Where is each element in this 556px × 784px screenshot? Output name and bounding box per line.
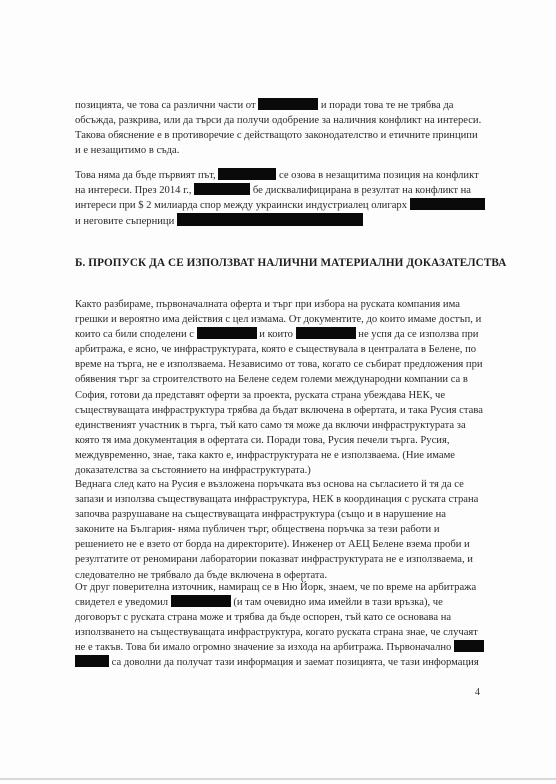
text-line: и неговите съперници [75,213,495,229]
text-line: съществуващата инфраструктура трябва да … [75,403,495,418]
text-line: която тя има документация в офертата си.… [75,433,495,448]
document-page: позицията, че това са различни части от … [0,0,556,784]
text-line: Както разбираме, първоначалната оферта и… [75,297,495,312]
text-line: Такова обяснение е в противоречие с дейс… [75,128,495,143]
text-line: които са били споделени с и които не усп… [75,327,495,342]
redaction-box [171,595,231,607]
text-line: запази и използва съществуващата инфраст… [75,492,495,507]
text-line: са доволни да получат тази информация и … [75,655,495,670]
redaction-box [177,213,363,226]
text-line: грешки и вероятно има действия с цел изм… [75,312,495,327]
text-line: решението не е взето от борда на директо… [75,537,495,552]
redaction-box [410,198,485,210]
paragraph-conflict-position: позицията, че това са различни части от … [75,98,495,158]
text-line: обсъжда, разкрива, или да търси да получ… [75,113,495,128]
page-number: 4 [475,687,480,698]
paragraph-previous-disqualification: Това няма да бъде първият път, се озова … [75,168,495,229]
text-line: започва разрушаване на съществуващата ин… [75,507,495,522]
text-line: доказателства за състоянието на инфрастр… [75,463,495,478]
text-line: време на търга, не е използваема. Незави… [75,357,495,372]
redaction-box [296,327,356,339]
text-line: София, готови да представят оферти за пр… [75,388,495,403]
paragraph-tender-analysis: Както разбираме, първоначалната оферта и… [75,297,495,478]
paragraph-confidential-source: От друг поверителна източник, намиращ се… [75,580,495,671]
text-line: От друг поверителна източник, намиращ се… [75,580,495,595]
text-line: интереси при $ 2 милиарда спор между укр… [75,198,495,213]
text-line: свидетел е уведомил (и там очевидно има … [75,595,495,610]
text-line: не е такъв. Това би имало огромно значен… [75,640,495,655]
text-line: позицията, че това са различни части от … [75,98,495,113]
text-line: законите на България- няма публичен търг… [75,522,495,537]
redaction-box [197,327,257,339]
text-line: арбитража, е ясно, че инфраструктурата, … [75,342,495,357]
text-line: Веднага след като на Русия е възложена п… [75,477,495,492]
text-line: Това няма да бъде първият път, се озова … [75,168,495,183]
text-line: договорът с руската страна може и трябва… [75,610,495,625]
redaction-box [75,655,109,667]
text-line: междувременно, знае, така както е, инфра… [75,448,495,463]
redaction-box [194,183,250,195]
text-line: използването на съществуващата инфрастру… [75,625,495,640]
paragraph-infrastructure-demolition: Веднага след като на Русия е възложена п… [75,477,495,583]
text-line: на интереси. През 2014 г., бе дисквалифи… [75,183,495,198]
text-line: обявения търг за строителството на Белен… [75,372,495,387]
text-line: и е незащитимо в съда. [75,143,495,158]
text-line: резултатите от реномирани лаборатории по… [75,552,495,567]
redaction-box [454,640,484,652]
text-line: единственият участник в търга, тъй като … [75,418,495,433]
section-heading: Б. ПРОПУСК ДА СЕ ИЗПОЛЗВАТ НАЛИЧНИ МАТЕР… [75,257,506,269]
redaction-box [258,98,318,110]
scan-edge-line [0,778,556,780]
redaction-box [218,168,276,180]
